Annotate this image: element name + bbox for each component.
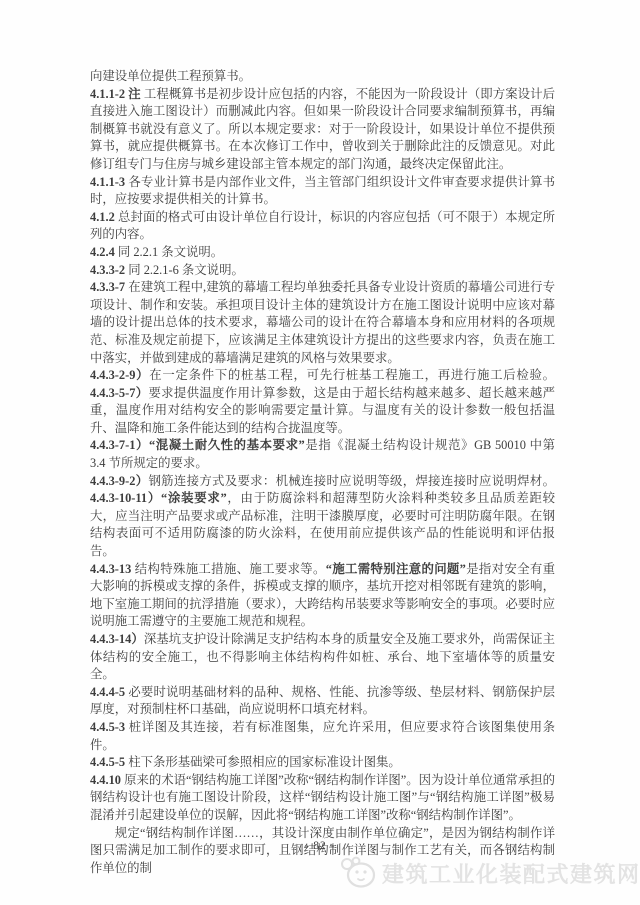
section-number: 4.4.3-2-9） — [90, 368, 149, 382]
paragraph-text: 各专业计算书是内部作业文件，当主管部门组织设计文件审查要求提供计算书时，应按要求… — [90, 175, 555, 207]
key-term: “涂装要求” — [161, 491, 227, 505]
paragraph: 向建设单位提供工程预算书。 — [90, 68, 555, 86]
paragraph-text: 同 2.2.1-6 条文说明。 — [125, 263, 244, 277]
paragraph: 4.3.3-2 同 2.2.1-6 条文说明。 — [90, 262, 555, 280]
paragraph: 4.4.3-13 结构特殊施工措施、施工要求等。“施工需特别注意的问题”是指对安… — [90, 561, 555, 631]
section-number: 4.1.2 — [90, 210, 115, 224]
section-number: 4.4.5-3 — [90, 720, 125, 734]
key-term: “混凝土耐久性的基本要求” — [149, 438, 305, 452]
paragraph-text: 在一定条件下的桩基工程，可先行桩基工程施工，再进行施工后检验。 — [149, 368, 555, 382]
section-number: 4.3.3-2 — [90, 263, 125, 277]
paragraph: 4.4.10 原来的术语“钢结构施工详图”改称“钢结构制作详图”。因为设计单位通… — [90, 772, 555, 825]
document-page: 向建设单位提供工程预算书。4.1.1-2 注 工程概算书是初步设计应包括的内容，… — [0, 0, 640, 905]
paragraph: 4.4.3-14）深基坑支护设计除满足支护结构本身的质量安全及施工要求外，尚需保… — [90, 631, 555, 684]
section-number: 4.4.4-5 — [90, 685, 125, 699]
paragraph-text: 同 2.2.1 条文说明。 — [115, 245, 223, 259]
section-number: 4.1.1-2 注 — [90, 87, 141, 101]
paragraph-text: 柱下条形基础梁可参照相应的国家标准设计图集。 — [125, 755, 401, 769]
key-term: “施工需特别注意的问题” — [326, 562, 466, 576]
page-number: - 82 - — [0, 840, 640, 852]
paragraph: 4.2.4 同 2.2.1 条文说明。 — [90, 244, 555, 262]
paragraph: 4.4.3-7-1）“混凝土耐久性的基本要求”是指《混凝土结构设计规范》GB 5… — [90, 437, 555, 472]
section-number: 4.4.3-14） — [90, 632, 144, 646]
paragraph: 4.1.1-3 各专业计算书是内部作业文件，当主管部门组织设计文件审查要求提供计… — [90, 174, 555, 209]
paragraph: 4.4.3-5-7）要求提供温度作用计算参数，这是由于超长结构越来越多、超长越来… — [90, 385, 555, 438]
paragraph: 4.1.2 总封面的格式可由设计单位自行设计，标识的内容应包括（可不限于）本规定… — [90, 209, 555, 244]
paragraph-text: 在建筑工程中,建筑的幕墙工程均单独委托具备专业设计资质的幕墙公司进行专项设计、制… — [90, 280, 555, 364]
paragraph-text: 必要时说明基础材料的品种、规格、性能、抗渗等级、垫层材料、钢筋保护层厚度，对预制… — [90, 685, 555, 717]
section-number: 4.4.5-5 — [90, 755, 125, 769]
paragraph: 4.4.5-3 桩详图及其连接，若有标准图集，应允许采用，但应要求符合该图集使用… — [90, 719, 555, 754]
paragraph-text: 钢筋连接方式及要求：机械连接时应说明等级，焊接连接时应说明焊材。 — [148, 474, 555, 488]
section-number: 4.4.3-5-7） — [90, 386, 148, 400]
section-number: 4.1.1-3 — [90, 175, 125, 189]
watermark-text: 建筑工业化装配式建筑网 — [382, 858, 640, 889]
paragraph-text: 向建设单位提供工程预算书。 — [90, 69, 251, 83]
section-number: 4.4.3-13 — [90, 562, 131, 576]
document-body: 向建设单位提供工程预算书。4.1.1-2 注 工程概算书是初步设计应包括的内容，… — [90, 68, 555, 877]
paragraph: 4.1.1-2 注 工程概算书是初步设计应包括的内容，不能因为一阶段设计（即方案… — [90, 86, 555, 174]
paragraph-text: 桩详图及其连接，若有标准图集，应允许采用，但应要求符合该图集使用条件。 — [90, 720, 555, 752]
paragraph: 4.4.5-5 柱下条形基础梁可参照相应的国家标准设计图集。 — [90, 754, 555, 772]
paragraph: 4.4.3-2-9）在一定条件下的桩基工程，可先行桩基工程施工，再进行施工后检验… — [90, 367, 555, 385]
section-number: 4.3.3-7 — [90, 280, 125, 294]
paragraph-text: 总封面的格式可由设计单位自行设计，标识的内容应包括（可不限于）本规定所列的内容。 — [90, 210, 555, 242]
section-number: 4.4.3-10-11） — [90, 491, 161, 505]
paragraph-text: 要求提供温度作用计算参数，这是由于超长结构越来越多、超长越来越严重，温度作用对结… — [90, 386, 555, 435]
panda-logo-icon — [336, 854, 380, 892]
paragraph-text: 工程概算书是初步设计应包括的内容，不能因为一阶段设计（即方案设计后直接进入施工图… — [90, 87, 555, 171]
paragraph: 4.4.4-5 必要时说明基础材料的品种、规格、性能、抗渗等级、垫层材料、钢筋保… — [90, 684, 555, 719]
paragraph-text: 深基坑支护设计除满足支护结构本身的质量安全及施工要求外，尚需保证主体结构的安全施… — [90, 632, 555, 681]
section-number: 4.2.4 — [90, 245, 115, 259]
paragraph-text: 结构特殊施工措施、施工要求等。 — [131, 562, 325, 576]
paragraph: 4.3.3-7 在建筑工程中,建筑的幕墙工程均单独委托具备专业设计资质的幕墙公司… — [90, 279, 555, 367]
section-number: 4.4.3-7-1） — [90, 438, 149, 452]
paragraph: 4.4.3-9-2）钢筋连接方式及要求：机械连接时应说明等级，焊接连接时应说明焊… — [90, 473, 555, 491]
paragraph-text: 原来的术语“钢结构施工详图”改称“钢结构制作详图”。因为设计单位通常承担的钢结构… — [90, 773, 555, 822]
watermark: 建筑工业化装配式建筑网 — [336, 854, 640, 892]
section-number: 4.4.10 — [90, 773, 121, 787]
section-number: 4.4.3-9-2） — [90, 474, 148, 488]
paragraph: 4.4.3-10-11）“涂装要求”，由于防腐涂料和超薄型防火涂料种类较多且品质… — [90, 490, 555, 560]
